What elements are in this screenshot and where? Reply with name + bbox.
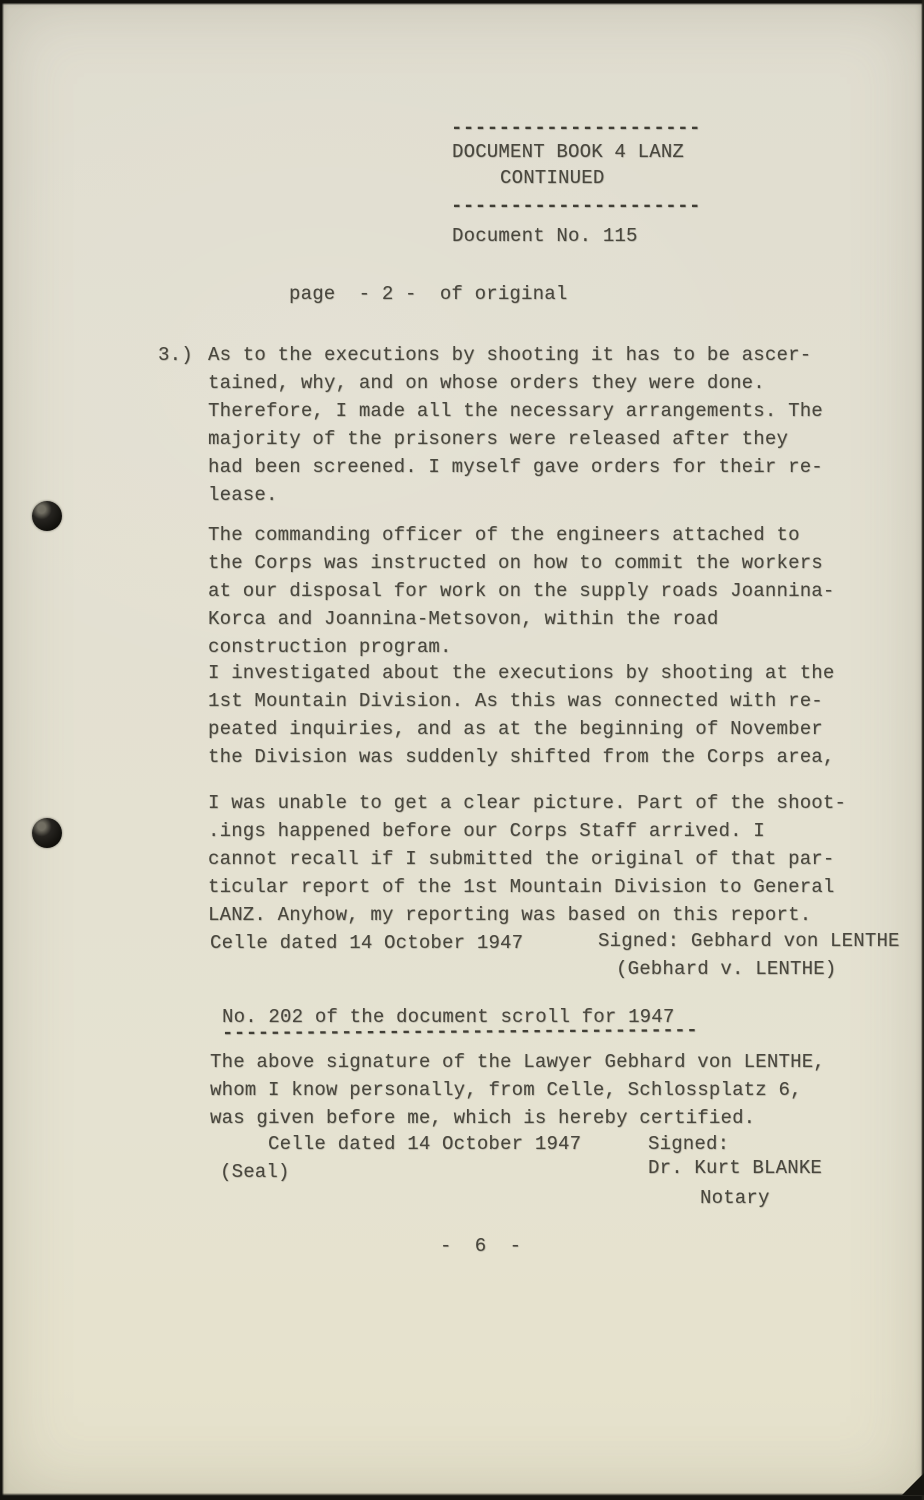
scan-edge-bottom — [0, 1493, 924, 1500]
header-rule-bottom: --------------------- — [451, 192, 701, 220]
item-number: 3.) — [158, 341, 193, 369]
paragraph-report: I was unable to get a clear picture. Par… — [208, 789, 846, 929]
seal-label: (Seal) — [220, 1158, 290, 1186]
punch-hole-bottom — [32, 818, 62, 848]
notary-name: Dr. Kurt BLANKE — [648, 1154, 822, 1182]
continued-label: CONTINUED — [500, 164, 604, 192]
notary-place-date: Celle dated 14 October 1947 — [268, 1130, 581, 1158]
signature-signed-line: Signed: Gebhard von LENTHE — [598, 927, 900, 955]
paragraph-engineers: The commanding officer of the engineers … — [208, 521, 835, 661]
paragraph-executions: As to the executions by shooting it has … — [208, 341, 823, 509]
scanned-document-page: --------------------- DOCUMENT BOOK 4 LA… — [0, 0, 924, 1500]
footer-page-number: - 6 - — [440, 1232, 521, 1260]
scan-edge-top — [0, 0, 924, 5]
certification-paragraph: The above signature of the Lawyer Gebhar… — [210, 1048, 825, 1132]
page-corner-fold — [902, 1473, 924, 1495]
notary-title: Notary — [700, 1184, 770, 1212]
signature-signed-paren: (Gebhard v. LENTHE) — [616, 955, 836, 983]
signature-place-date: Celle dated 14 October 1947 — [210, 929, 523, 957]
paragraph-investigation: I investigated about the executions by s… — [208, 659, 835, 771]
scan-edge-left — [0, 0, 4, 1500]
punch-hole-top — [32, 501, 62, 531]
document-number: Document No. 115 — [452, 222, 638, 250]
document-book-title: DOCUMENT BOOK 4 LANZ — [452, 138, 684, 166]
page-reference: page - 2 - of original — [289, 280, 567, 308]
document-scroll-rule: ---------------------------------------- — [222, 1016, 698, 1047]
